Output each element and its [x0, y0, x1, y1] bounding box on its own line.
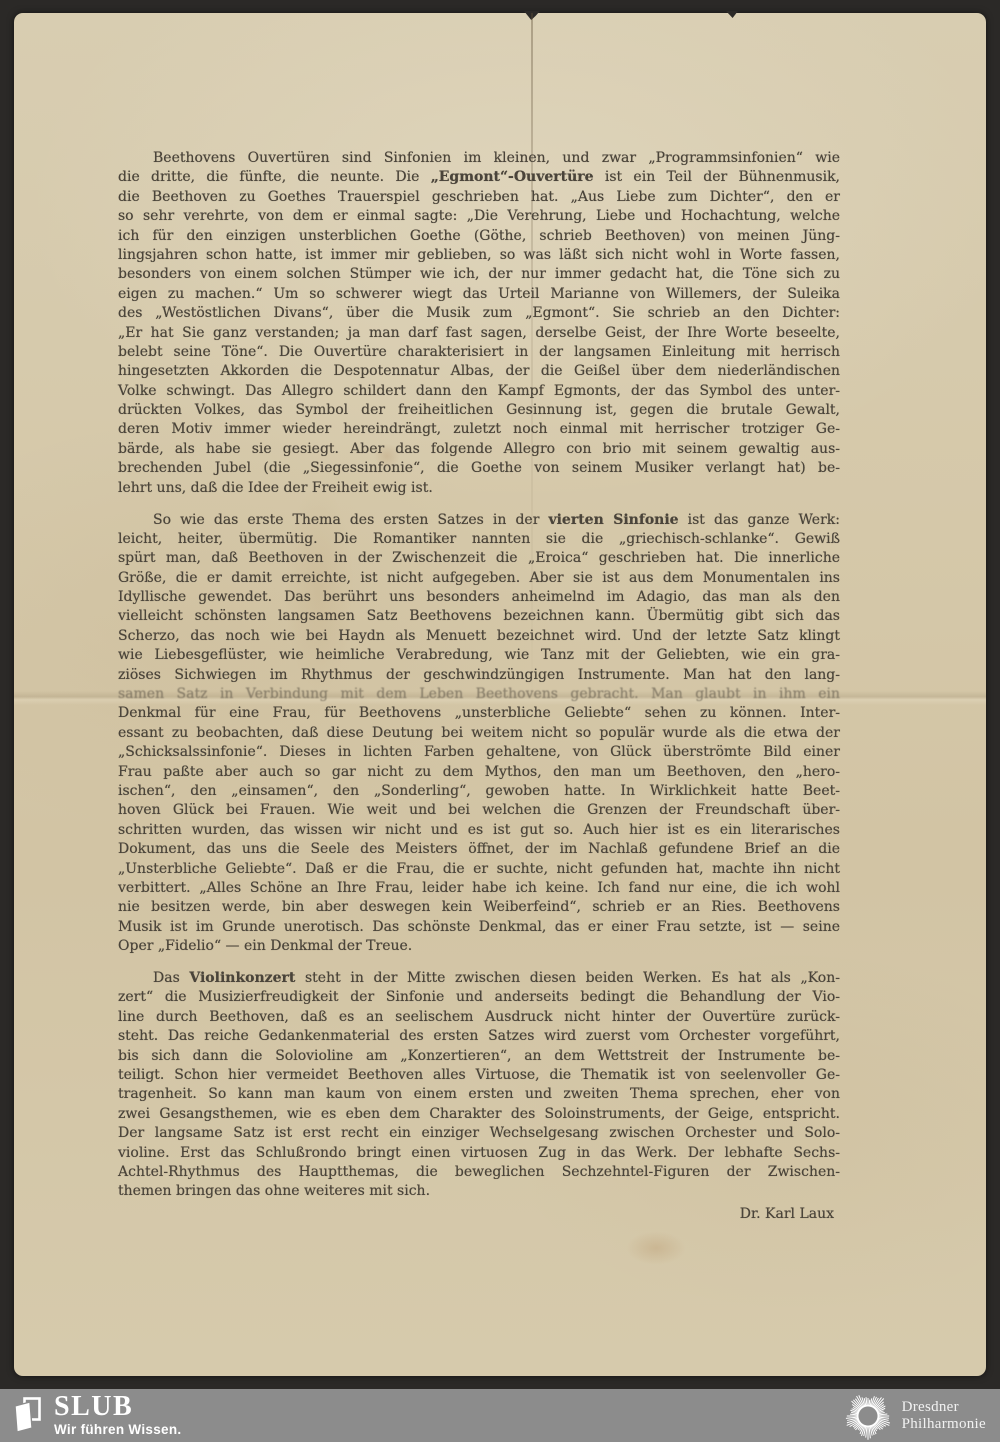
text-line: Scherzo, das noch wie bei Haydn als Menu…	[118, 627, 840, 646]
text-line: Oper „Fidelio“ — ein Denkmal der Treue.	[118, 937, 840, 956]
document-text: Beethovens Ouvertüren sind Sinfonien im …	[118, 149, 840, 1224]
text-line: tragenheit. So kann man kaum von einem e…	[118, 1085, 840, 1104]
philharmonie-name-line2: Philharmonie	[902, 1416, 986, 1433]
text-line: violine. Erst das Schlußrondo bringt ein…	[118, 1144, 840, 1163]
text-line: lehrt uns, daß die Idee der Freiheit ewi…	[118, 479, 840, 498]
philharmonie-sunburst-icon	[843, 1391, 893, 1441]
scan-viewport: Beethovens Ouvertüren sind Sinfonien im …	[0, 0, 1000, 1442]
text-line: line durch Beethoven, daß es an seelisch…	[118, 1008, 840, 1027]
text-line: drückten Volkes, das Symbol der freiheit…	[118, 401, 840, 420]
slub-logo[interactable]: SLUB Wir führen Wissen.	[14, 1394, 181, 1437]
text-line: ziöses Sichwiegen im Rhythmus der geschw…	[118, 666, 840, 685]
text-line: Idyllische gewendet. Das berührt uns bes…	[118, 588, 840, 607]
philharmonie-logo-text: Dresdner Philharmonie	[902, 1399, 986, 1432]
text-line: themen bringen das ohne weiteres mit sic…	[118, 1182, 840, 1201]
text-line: besonders von einem solchen Stümper wie …	[118, 265, 840, 284]
text-line: wie Liebesgeflüster, wie heimliche Verab…	[118, 646, 840, 665]
text-line: verbittert. „Alles Schöne an Ihre Frau, …	[118, 879, 840, 898]
slub-book-icon	[14, 1397, 41, 1433]
text-line: des „Westöstlichen Divans“, über die Mus…	[118, 304, 840, 323]
text-line: „Schicksalssinfonie“. Dieses in lichten …	[118, 743, 840, 762]
text-line: ich für den einzigen unsterblichen Goeth…	[118, 227, 840, 246]
text-line: Beethovens Ouvertüren sind Sinfonien im …	[118, 149, 840, 168]
text-line: Der langsame Satz ist erst recht ein ein…	[118, 1124, 840, 1143]
text-line: Dokument, das uns die Seele des Meisters…	[118, 840, 840, 859]
text-line: vielleicht schönsten langsamen Satz Beet…	[118, 607, 840, 626]
footer-bar: SLUB Wir führen Wissen. Dresdner Philhar…	[0, 1389, 1000, 1442]
text-line: nie besitzen werde, bin aber deswegen ke…	[118, 898, 840, 917]
text-line: deren Motiv immer wieder hereindrängt, z…	[118, 420, 840, 439]
text-line: belebt seine Töne“. Die Ouvertüre charak…	[118, 343, 840, 362]
text-line: Das Violinkonzert steht in der Mitte zwi…	[118, 969, 840, 988]
text-line: Volke schwingt. Das Allegro schildert da…	[118, 382, 840, 401]
text-line: samen Satz in Verbindung mit dem Leben B…	[118, 685, 840, 704]
philharmonie-logo[interactable]: Dresdner Philharmonie	[843, 1391, 986, 1441]
text-line: brechenden Jubel (die „Siegessinfonie“, …	[118, 459, 840, 478]
text-line: hingesetzten Akkorden die Despotennatur …	[118, 362, 840, 381]
text-line: die Beethoven zu Goethes Trauerspiel ges…	[118, 188, 840, 207]
text-line: zwei Gesangsthemen, wie es eben dem Char…	[118, 1105, 840, 1124]
text-line: Größe, die er damit erreichte, ist nicht…	[118, 569, 840, 588]
slub-name: SLUB	[54, 1394, 181, 1420]
paper-tear	[726, 11, 738, 18]
text-line: eigen zu machen.“ Um so schwerer wiegt d…	[118, 285, 840, 304]
text-line: steht. Das reiche Gedankenmaterial des e…	[118, 1027, 840, 1046]
paragraph: So wie das erste Thema des ersten Satzes…	[118, 511, 840, 957]
text-line: So wie das erste Thema des ersten Satzes…	[118, 511, 840, 530]
author-signature: Dr. Karl Laux	[118, 1205, 840, 1224]
text-line: Frau paßte aber auch so gar nicht zu dem…	[118, 763, 840, 782]
text-line: „Er hat Sie ganz verstanden; ja man darf…	[118, 324, 840, 343]
text-line: spürt man, daß Beethoven in der Zwischen…	[118, 549, 840, 568]
philharmonie-name-line1: Dresdner	[902, 1399, 986, 1416]
text-line: hoven Glück bei Frauen. Wie weit und bei…	[118, 801, 840, 820]
text-line: schritten wurden, das wissen wir nicht u…	[118, 821, 840, 840]
text-line: die dritte, die fünfte, die neunte. Die …	[118, 168, 840, 187]
text-line: ischen“, den „einsamen“, den „Sonderling…	[118, 782, 840, 801]
text-line: Achtel-Rhythmus des Hauptthemas, die bew…	[118, 1163, 840, 1182]
slub-logo-text: SLUB Wir führen Wissen.	[54, 1394, 181, 1437]
text-line: Musik ist im Grunde unerotisch. Das schö…	[118, 918, 840, 937]
text-line: so sehr verehrte, von dem er einmal sagt…	[118, 207, 840, 226]
text-line: „Unsterbliche Geliebte“. Daß er die Frau…	[118, 860, 840, 879]
slub-tagline: Wir führen Wissen.	[54, 1422, 181, 1437]
text-line: bis sich dann die Solovioline am „Konzer…	[118, 1047, 840, 1066]
text-line: essant zu beobachten, daß diese Deutung …	[118, 724, 840, 743]
text-line: lingsjahren schon hatte, ist immer mir g…	[118, 246, 840, 265]
paper-stain	[626, 1231, 686, 1265]
text-line: teiligt. Schon hier vermeidet Beethoven …	[118, 1066, 840, 1085]
paragraph: Das Violinkonzert steht in der Mitte zwi…	[118, 969, 840, 1202]
document-page: Beethovens Ouvertüren sind Sinfonien im …	[14, 13, 986, 1376]
text-line: Denkmal für eine Frau, für Beethovens „u…	[118, 704, 840, 723]
paragraph: Beethovens Ouvertüren sind Sinfonien im …	[118, 149, 840, 498]
text-line: bärde, als habe sie gesiegt. Aber das fo…	[118, 440, 840, 459]
text-line: leicht, heiter, übermütig. Die Romantike…	[118, 530, 840, 549]
text-line: zert“ die Musizierfreudigkeit der Sinfon…	[118, 988, 840, 1007]
